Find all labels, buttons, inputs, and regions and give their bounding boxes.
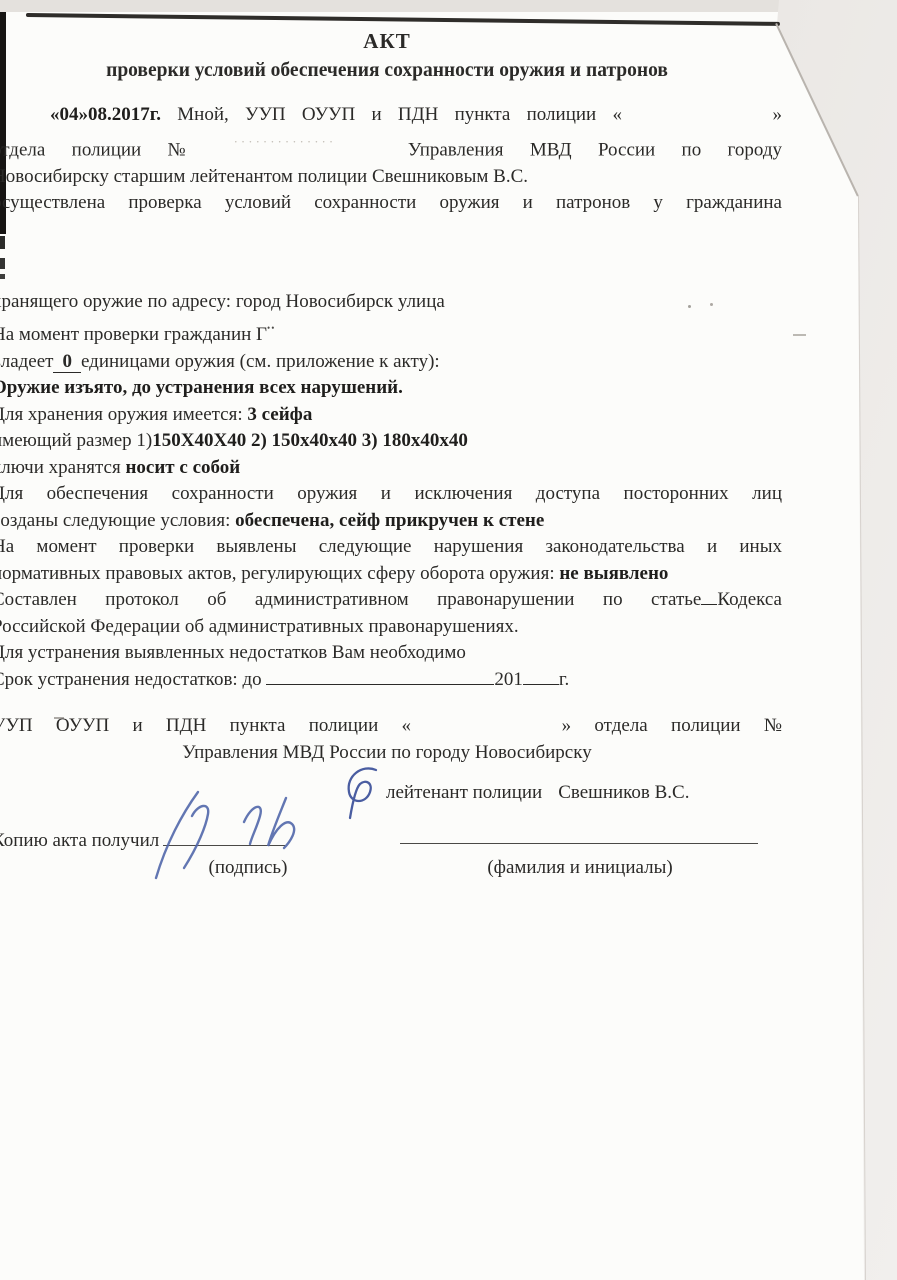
address-line: хранящего оружие по адресу: город Новоси… (0, 289, 782, 316)
protocol-line-2: Российской Федерации об административных… (0, 614, 782, 641)
inspection-date: «04»08.2017г. (50, 104, 161, 125)
violations-line-1: На момент проверки выявлены следующие на… (0, 534, 782, 561)
scanned-document-page: АКТ проверки условий обеспечения сохранн… (0, 0, 897, 1280)
blank-deadline-date (266, 669, 494, 685)
department-line: Управления МВД России по городу Новосиби… (0, 740, 782, 767)
intro-line-3: Новосибирску старшим лейтенантом полиции… (0, 164, 782, 191)
blank-deadline-year (523, 669, 559, 685)
caption-row: (подпись) (фамилия и инициалы) (0, 855, 782, 889)
scanner-background-strip (0, 0, 897, 12)
intro-line-1: «04»08.2017г. Мной, УУП ОУУП и ПДН пункт… (0, 102, 782, 129)
safe-count: 3 сейфа (247, 404, 312, 425)
page-top-edge-line (26, 13, 780, 25)
violations-line-2: нормативных правовых актов, регулирующих… (0, 561, 782, 588)
conditions-line: созданы следующие условия: обеспечена, с… (0, 508, 782, 535)
weapon-count-value: 0 (53, 351, 81, 373)
intro-line-2: отдела полиции № ·············· Управлен… (0, 129, 782, 164)
officer-signature-ink (342, 766, 382, 820)
officer-position-line: УУП ОУУП и ПДН пункта полиции « » отдела… (0, 713, 782, 740)
intro-line-4: осуществлена проверка условий сохранност… (0, 190, 782, 217)
officer-rank: лейтенант полиции (386, 782, 542, 803)
blank-article-number (701, 589, 717, 605)
copy-received-line: Копию акта получил (0, 828, 782, 855)
weapon-seized-line: Оружие изъято, до устранения всех наруше… (0, 375, 782, 402)
document-subtitle: проверки условий обеспечения сохранности… (0, 56, 782, 86)
officer-signature-line: лейтенант полицииСвешников В.С. (0, 766, 782, 820)
recipient-signature-ink (140, 782, 340, 882)
safe-sizes: 150Х40Х40 2) 150х40х40 3) 180х40х40 (152, 430, 468, 451)
remedy-line: Для устранения выявленных недостатков Ва… (0, 640, 782, 667)
blank-name-line (400, 828, 758, 844)
officer-name: Свешников В.С. (558, 782, 689, 803)
protocol-line-1: Составлен протокол об административном п… (0, 587, 782, 614)
access-line: Для обеспечения сохранности оружия и иск… (0, 481, 782, 508)
document-content: АКТ проверки условий обеспечения сохранн… (0, 26, 782, 889)
document-title: АКТ (0, 26, 782, 56)
erased-text: ·············· (234, 129, 382, 156)
redaction-marks: •• (267, 323, 275, 333)
deadline-line: Срок устранения недостатков: до 201г. (0, 667, 782, 694)
weapon-count-line: владеет0единицами оружия (см. приложение… (0, 349, 782, 376)
keys-line: ключи хранятся носит с собой (0, 455, 782, 482)
smudge-mark (793, 334, 806, 336)
name-caption: (фамилия и инициалы) (460, 855, 700, 882)
safe-size-line: имеющий размер 1)150Х40Х40 2) 150х40х40 … (0, 428, 782, 455)
storage-line: Для хранения оружия имеется: 3 сейфа (0, 402, 782, 429)
citizen-line: На момент проверки гражданин Г•• (0, 315, 782, 349)
